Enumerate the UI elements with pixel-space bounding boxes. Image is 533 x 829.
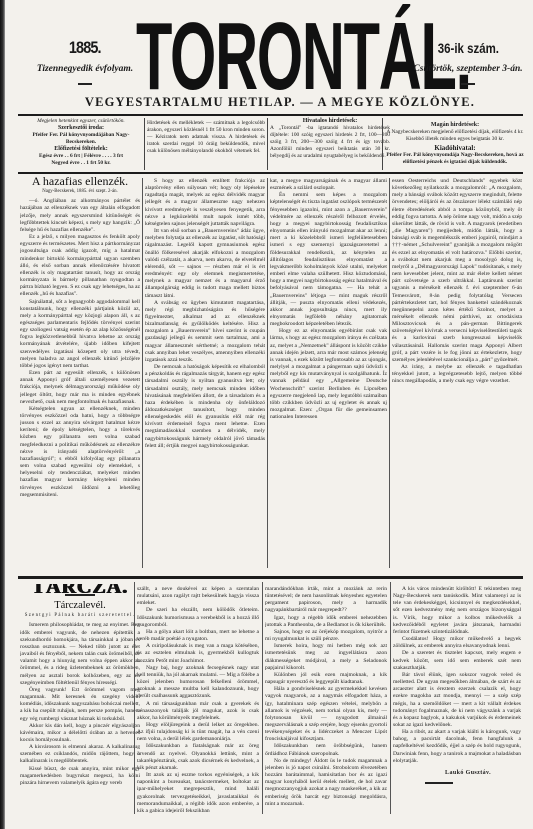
official-text: A „Torontál" -ba igtatandó hivatalos hir… xyxy=(270,125,390,160)
info-divider xyxy=(267,118,268,170)
paragraph: S hogy az ellenzék említett frakciója az… xyxy=(145,178,265,228)
paragraph: A svábság ez ügyben kimutatott magatartá… xyxy=(145,300,265,364)
feuilleton-heading: TÁRCZA. xyxy=(20,584,140,591)
paragraph: A csiripolásuknak is meg van a maga köté… xyxy=(137,643,259,664)
info-divider xyxy=(382,118,383,170)
article-column-2: S hogy az ellenzék említett frakciója az… xyxy=(145,178,265,568)
paragraph: Én nemmi sem képes a mozgalom képtelensé… xyxy=(270,192,387,328)
paragraph: Akkor kis dán kell, hogy a pinczér elgyá… xyxy=(20,723,140,744)
author-signature: Laukó Gusztáv. xyxy=(393,770,521,777)
paragraph: De a szeretet és tisztelet kapcsot, mely… xyxy=(393,650,521,671)
paragraph: essen Oesterreichs und Deutschlands" egy… xyxy=(392,178,522,364)
office-heading: Szerkesztői iroda: xyxy=(20,125,142,132)
paragraph: Itt azok az uj eszme torkos egyéniségek,… xyxy=(137,772,259,814)
feuilleton-subheading: Tárczalevél. xyxy=(20,602,140,609)
paragraph: Bár távol élünk, igen sokszor vagyok vel… xyxy=(393,672,521,729)
feuilleton-rule xyxy=(18,576,523,579)
paragraph: Kétségtelen ugyan az ellenzéknek, minden… xyxy=(20,406,140,499)
publication-frequency: Megjelen hetenkint egyszer, csütörtökön. xyxy=(20,118,142,125)
paragraph: A mi társaságunkban már csak a gyerekek … xyxy=(137,701,259,722)
price-year: Egész évre . . 6 frt | Félévre . . . . 3… xyxy=(20,153,142,160)
issue-number: 36-ik szám. xyxy=(437,40,498,56)
volume-label: Tizennegyedik évfolyam. xyxy=(30,64,140,74)
article-title: A hazafias ellenzék. xyxy=(20,178,140,185)
feuilleton-column-4-body: A kis város mindenütt kiröltött! E tekin… xyxy=(393,586,521,764)
paragraph: No de mindegy! Áldott üs le tudok magamn… xyxy=(265,758,387,808)
newspaper-subtitle: VEGYESTARTALMU HETILAP. — A MEGYE KÖZLÖN… xyxy=(60,95,500,110)
issue-date: Csütörtök, szeptember 3-án. xyxy=(402,64,533,74)
article-dateline: Nagy-Becskerek, 1885. évi szept. 2-án. xyxy=(20,188,140,195)
paragraph: Ismerek hoira, hogy mi hetben még sok az… xyxy=(265,643,387,672)
private-text: A Nagybecskereken megjelenő előfizetési … xyxy=(385,129,525,143)
ads-text: Hirdetések és mellékletek — számitnak a … xyxy=(147,120,265,155)
column-divider xyxy=(262,582,263,814)
newspaper-title: TORONTÁL. xyxy=(136,16,297,98)
paragraph: Nagy baj, hogy azoknak fecsegésnek nagy … xyxy=(137,665,259,701)
article-column-3: kat, a megye magyarságának és a magyar á… xyxy=(270,178,387,568)
ads-box: Hirdetések és mellékletek — számitnak a … xyxy=(147,120,265,155)
paragraph: Igaz, hogy a régebb idők emberei nehezeb… xyxy=(265,615,387,629)
office-text: Pfeifer Fer. Pál könyvnyomdájában Nagy-B… xyxy=(20,132,142,146)
paragraph: Sajnálattal, sőt a legnagyobb aggodalomm… xyxy=(20,299,140,371)
paragraph: Hogy ez az elnyomatás egyébiránt csak va… xyxy=(270,328,387,421)
paragraph: Különben jól esik ezen majmoknak, a kik … xyxy=(265,672,387,686)
paragraph: Időszakunkban nem öröbbségünk, hanem őrd… xyxy=(265,743,387,757)
paragraph: Időszakunkban a fiatalságnak már az öreg… xyxy=(137,743,259,772)
paragraph: szállt, a neve doukévei az képen a szern… xyxy=(137,586,259,607)
paragraph: Ha a ribót, az akart a varjak kiálti is … xyxy=(393,729,521,764)
official-ads-box: Hivatalos hirdetések: A „Torontál" -ba i… xyxy=(270,118,390,160)
ornament-dash xyxy=(78,83,92,85)
publisher-text: Pfeifer Fer. Pál könyvnyomdája Nagy-Becs… xyxy=(385,152,525,166)
feuilleton-column-3: marandándókban írták, mint a moziánk az … xyxy=(265,586,387,814)
paragraph: Az irány, a melybe az ellenzék e tagadha… xyxy=(392,364,522,385)
price-quarter: Negyed évre . . 1 frt 50 kr. xyxy=(20,160,142,167)
feuilleton-column-4: A kis város mindenütt kiröltött! E tekin… xyxy=(393,586,521,826)
article-column-4: essen Oesterreichs und Deutschlands" egy… xyxy=(392,178,522,568)
year: 1885. xyxy=(69,38,101,58)
masthead-left: 1885. Tizennegyedik évfolyam. xyxy=(30,38,140,85)
feuilleton-dedication: Szentgyi Pálnak baráti szeretettel. xyxy=(20,612,140,619)
feuilleton-column-2: szállt, a neve doukévei az képen a szern… xyxy=(137,586,259,814)
publisher-heading: Kiadóhivatal: xyxy=(385,145,525,152)
ornament-dash xyxy=(461,83,475,85)
paragraph: A kis város mindenütt kiröltött! E tekin… xyxy=(393,586,521,636)
paragraph: —ó. Angliában az alkotmányos pártélet és… xyxy=(20,198,140,234)
header-bottom-rule xyxy=(18,172,523,174)
paragraph: kat, a megye magyarságának és a magyar á… xyxy=(270,178,387,192)
masthead-rule xyxy=(18,114,523,116)
feuilleton-column-1: TÁRCZA. Tárczalevél. Szentgyi Pálnak bar… xyxy=(20,584,140,824)
paragraph: marandándókban írták, mint a moziánk az … xyxy=(265,586,387,615)
paragraph: Öreg vagyunk! Ezt örömmel vagom meg maga… xyxy=(20,687,140,723)
ornament-dash xyxy=(425,782,453,784)
paragraph: De nemcsak a hatóságok képesítik ez elha… xyxy=(145,364,265,450)
column-divider xyxy=(142,178,143,568)
paragraph: Sajnos, hogy ez az öréjekóp mozgalom, ny… xyxy=(265,629,387,643)
info-divider xyxy=(144,118,145,170)
column-divider xyxy=(389,178,390,568)
paragraph: A kisvárosom is elmenni akaraz. A kalkal… xyxy=(20,744,140,765)
paragraph: Ez a jelző, s milyen magasztos és fenköl… xyxy=(20,234,140,298)
paragraph: Csodálatos! Hogy mikor műkedvelő a hegye… xyxy=(393,636,521,650)
paragraph: Ismerem philosophiádat, te meg az enyime… xyxy=(20,622,140,686)
paragraph: Itt van első sorban a „Bauernvereins" ád… xyxy=(145,228,265,300)
private-ads-box: Magán hirdetések: A Nagybecskereken megj… xyxy=(385,122,525,166)
paragraph: Ha a gólya akart lóit a boltban, mert ne… xyxy=(137,629,259,643)
official-heading: Hivatalos hirdetések: xyxy=(270,118,390,125)
column-divider xyxy=(267,178,268,568)
newspaper-page: 1885. Tizennegyedik évfolyam. TORONTÁL. … xyxy=(0,0,533,829)
subscription-box: Megjelen hetenkint egyszer, csütörtökön.… xyxy=(20,118,142,167)
paragraph: Ezen párt az egyesült ellenzék, s különö… xyxy=(20,370,140,406)
column-divider xyxy=(390,582,391,814)
page-spine-shadow xyxy=(0,0,5,829)
private-heading: Magán hirdetések: xyxy=(385,122,525,129)
article-column-1: A hazafias ellenzék. Nagy-Becskerek, 188… xyxy=(20,176,140,566)
paragraph: Hogy elöljüregeink a derül lelket az öre… xyxy=(137,722,259,743)
prices-heading: Előfizetési föltételek: xyxy=(20,146,142,153)
masthead-right: 36-ik szám. Csütörtök, szeptember 3-án. xyxy=(402,40,533,85)
paragraph: Kissé büszt, de csak annyira, mint mikor… xyxy=(20,766,140,787)
paragraph: Hála a gondviselésnek az gyermekekkel ke… xyxy=(265,686,387,743)
column-divider xyxy=(134,582,135,814)
paragraph: De szeri ha elszállt, nem kölödők ötlete… xyxy=(137,607,259,628)
